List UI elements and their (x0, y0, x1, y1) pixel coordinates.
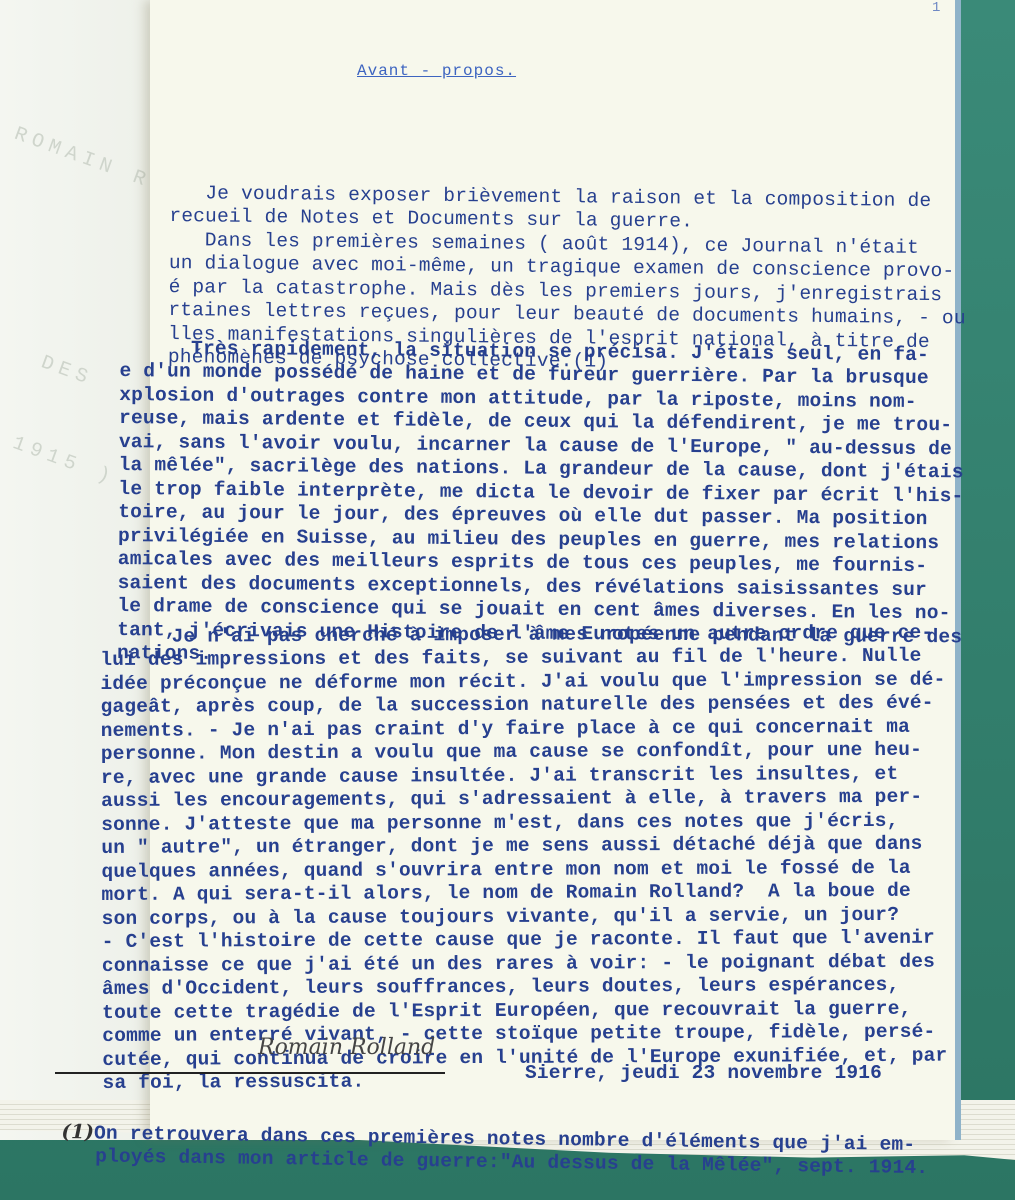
ghost-text: DES (38, 351, 97, 391)
footnote: (1)On retrouvera dans ces premières note… (61, 1096, 929, 1200)
place-date: Sierre, jeudi 23 novembre 1916 (525, 1062, 882, 1086)
handwritten-signature: Romain Rolland (258, 1035, 435, 1060)
ghost-text: 1915 ) (9, 432, 118, 491)
paragraph-3: Je n'ai pas cherché à imposer à mes note… (100, 598, 948, 1119)
page-number: 1 (932, 0, 940, 16)
footnote-marker: (1) (61, 1119, 94, 1142)
ghost-text: ROMAIN RO (11, 123, 171, 200)
footnote-rule (55, 1072, 445, 1074)
page-title: Avant - propos. (357, 62, 516, 80)
